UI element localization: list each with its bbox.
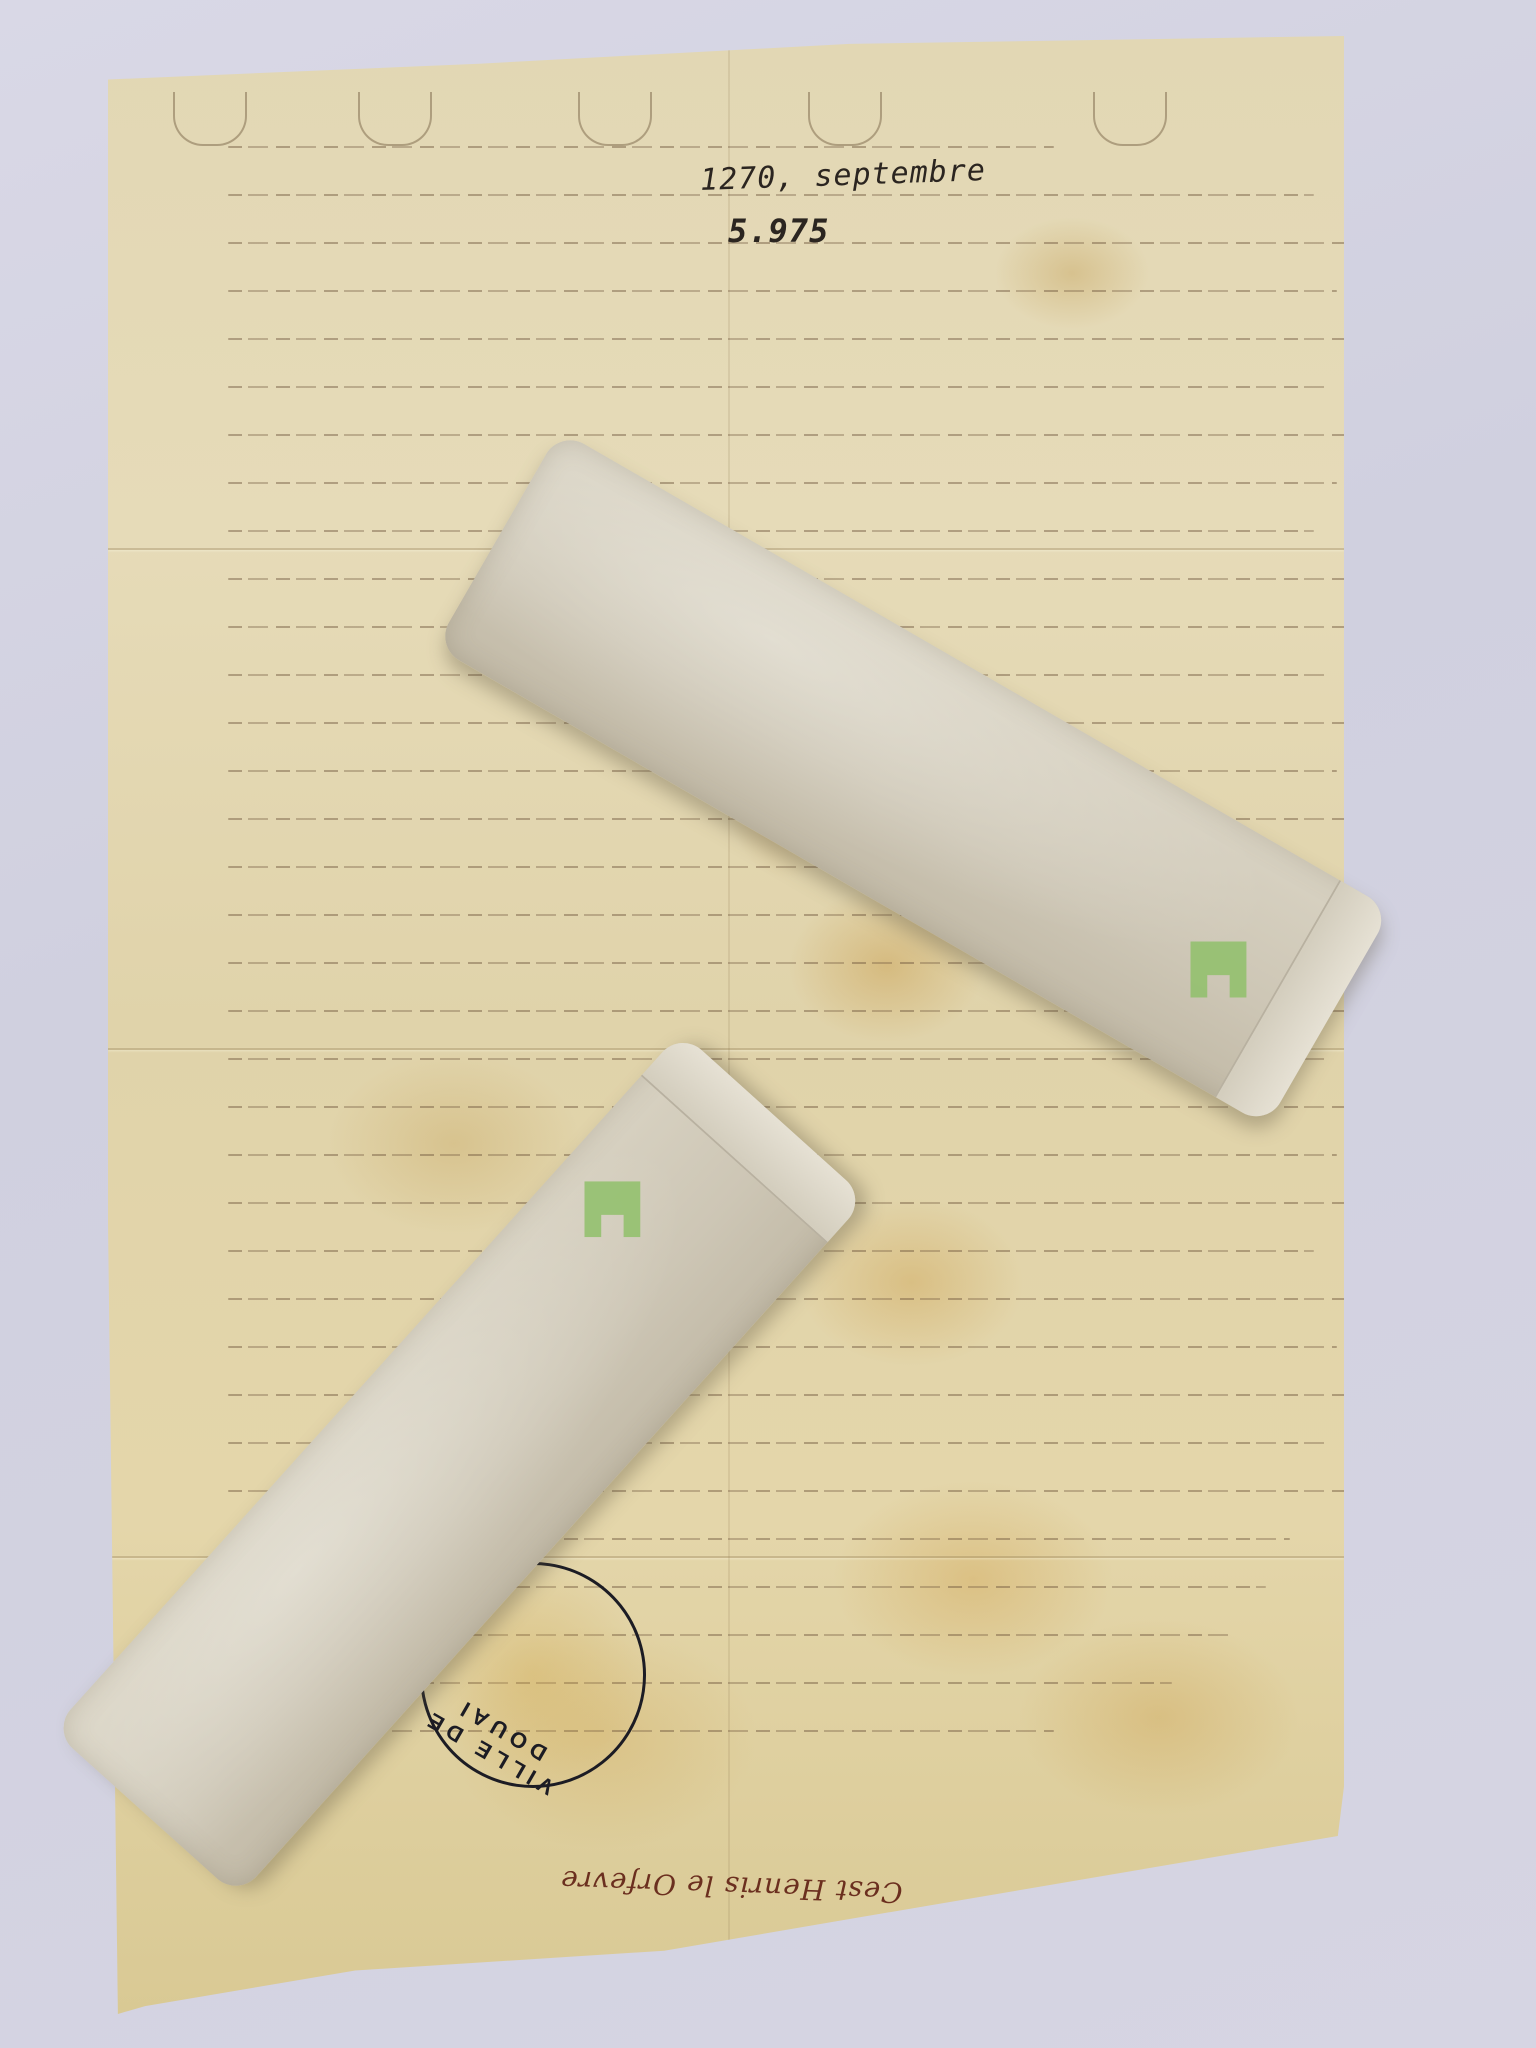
seal-tab-outline xyxy=(808,92,882,146)
seal-tab-outline xyxy=(1093,92,1167,146)
seal-tab-outline xyxy=(578,92,652,146)
seal-tab-outline xyxy=(173,92,247,146)
photo-scene: 1270, septembre 5.975 Cest Henris le Orf… xyxy=(0,0,1536,2048)
green-logo-icon xyxy=(1190,942,1246,998)
archival-number: 5.975 xyxy=(728,212,829,250)
seal-tab-outline xyxy=(358,92,432,146)
green-logo-icon xyxy=(584,1181,640,1237)
